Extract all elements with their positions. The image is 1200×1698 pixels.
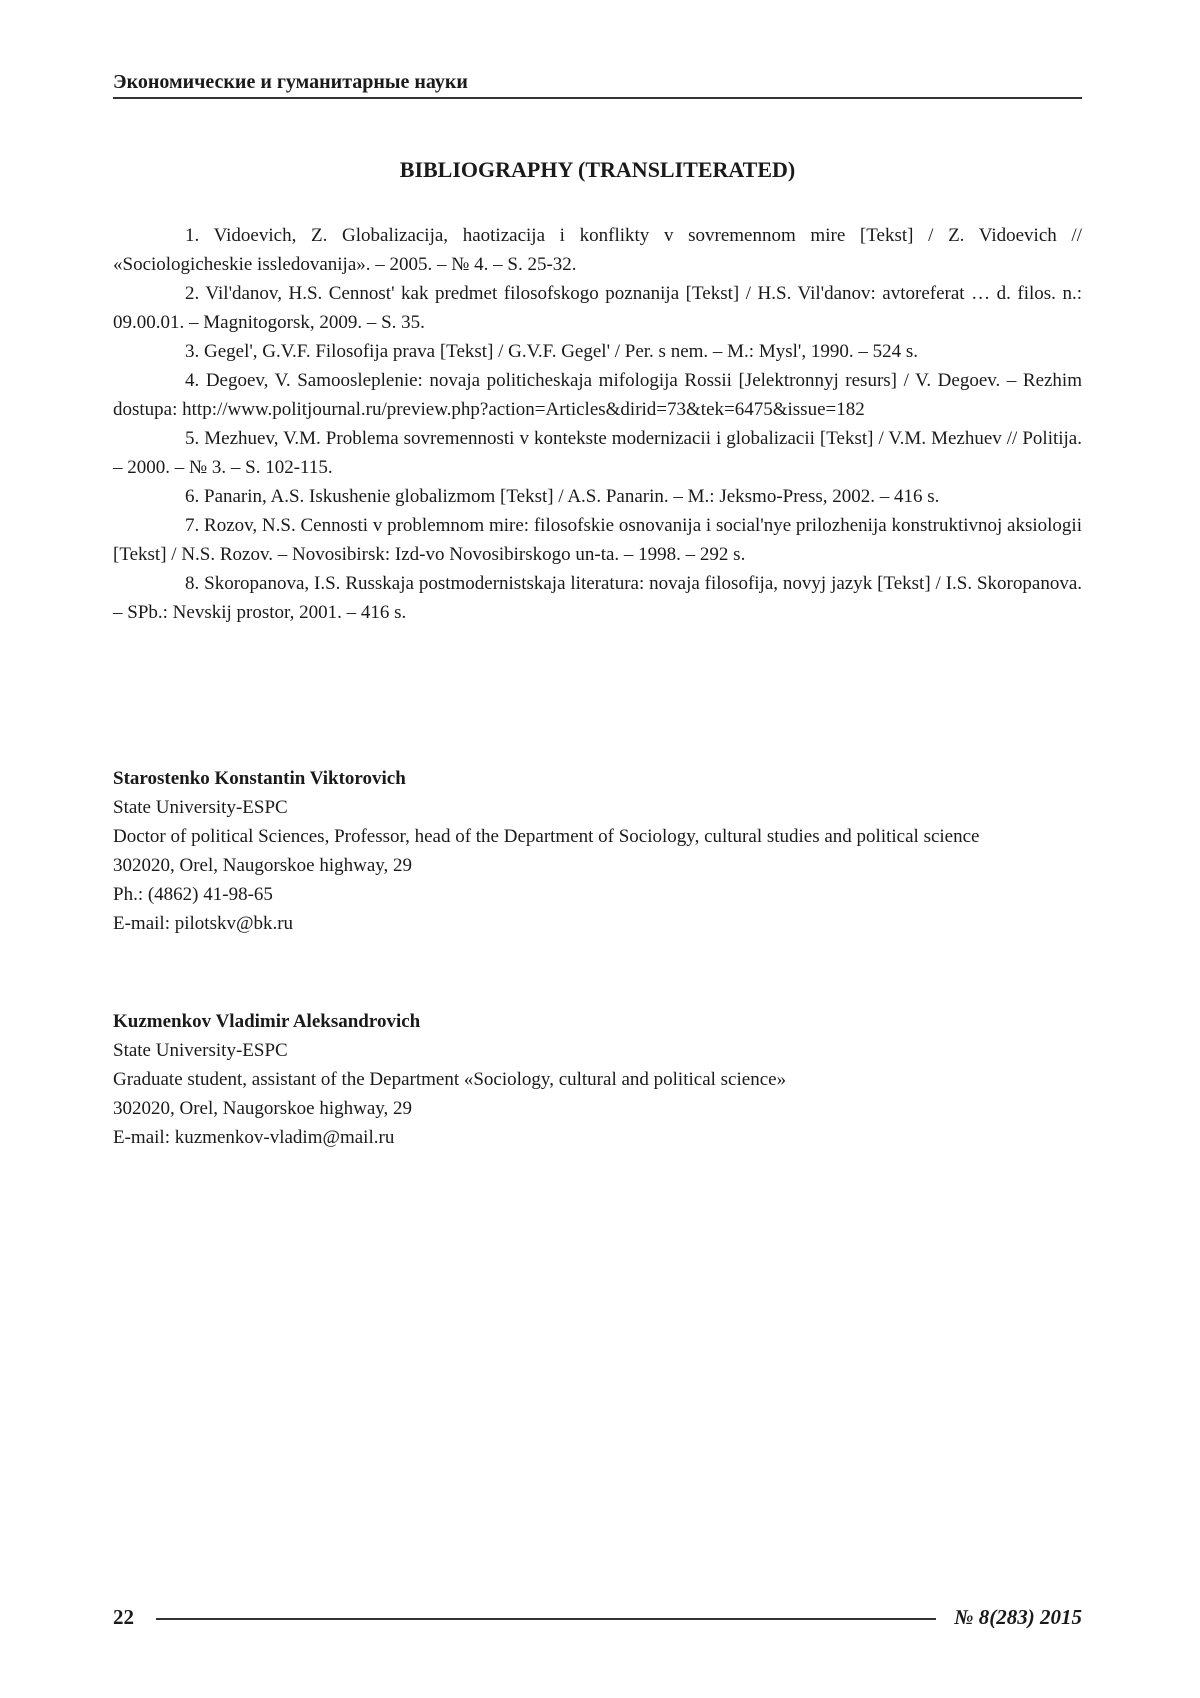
reference-item: 5. Mezhuev, V.M. Problema sovremennosti …: [113, 424, 1082, 482]
bibliography-title: BIBLIOGRAPHY (TRANSLITERATED): [113, 157, 1082, 183]
footer-rule: [156, 1618, 936, 1620]
author-affiliation: State University-ESPC: [113, 1036, 1113, 1065]
reference-item: 2. Vil'danov, H.S. Cennost' kak predmet …: [113, 279, 1082, 337]
author-email: E-mail: pilotskv@bk.ru: [113, 909, 1113, 938]
reference-item: 3. Gegel', G.V.F. Filosofija prava [Teks…: [113, 337, 1082, 366]
author-position: Graduate student, assistant of the Depar…: [113, 1065, 1113, 1094]
issue-number: № 8(283) 2015: [954, 1605, 1082, 1630]
author-name: Kuzmenkov Vladimir Aleksandrovich: [113, 1007, 1113, 1036]
author-info-block: Starostenko Konstantin Viktorovich State…: [113, 764, 1113, 938]
reference-item: 4. Degoev, V. Samoosleplenie: novaja pol…: [113, 366, 1082, 424]
journal-section-title: Экономические и гуманитарные науки: [113, 70, 472, 96]
running-footer: 22 № 8(283) 2015: [113, 1602, 1082, 1632]
author-name: Starostenko Konstantin Viktorovich: [113, 764, 1113, 793]
reference-item: 8. Skoropanova, I.S. Russkaja postmodern…: [113, 569, 1082, 627]
author-address: 302020, Orel, Naugorskoe highway, 29: [113, 851, 1113, 880]
page-number: 22: [113, 1605, 134, 1630]
running-header: Экономические и гуманитарные науки: [113, 70, 1082, 99]
author-info-block: Kuzmenkov Vladimir Aleksandrovich State …: [113, 1007, 1113, 1152]
author-affiliation: State University-ESPC: [113, 793, 1113, 822]
bibliography-list: 1. Vidoevich, Z. Globalizacija, haotizac…: [113, 221, 1082, 627]
reference-item: 7. Rozov, N.S. Cennosti v problemnom mir…: [113, 511, 1082, 569]
author-address: 302020, Orel, Naugorskoe highway, 29: [113, 1094, 1113, 1123]
author-email: E-mail: kuzmenkov-vladim@mail.ru: [113, 1123, 1113, 1152]
author-position: Doctor of political Sciences, Professor,…: [113, 822, 1113, 851]
author-phone: Ph.: (4862) 41-98-65: [113, 880, 1113, 909]
reference-item: 1. Vidoevich, Z. Globalizacija, haotizac…: [113, 221, 1082, 279]
reference-item: 6. Panarin, A.S. Iskushenie globalizmom …: [113, 482, 1082, 511]
